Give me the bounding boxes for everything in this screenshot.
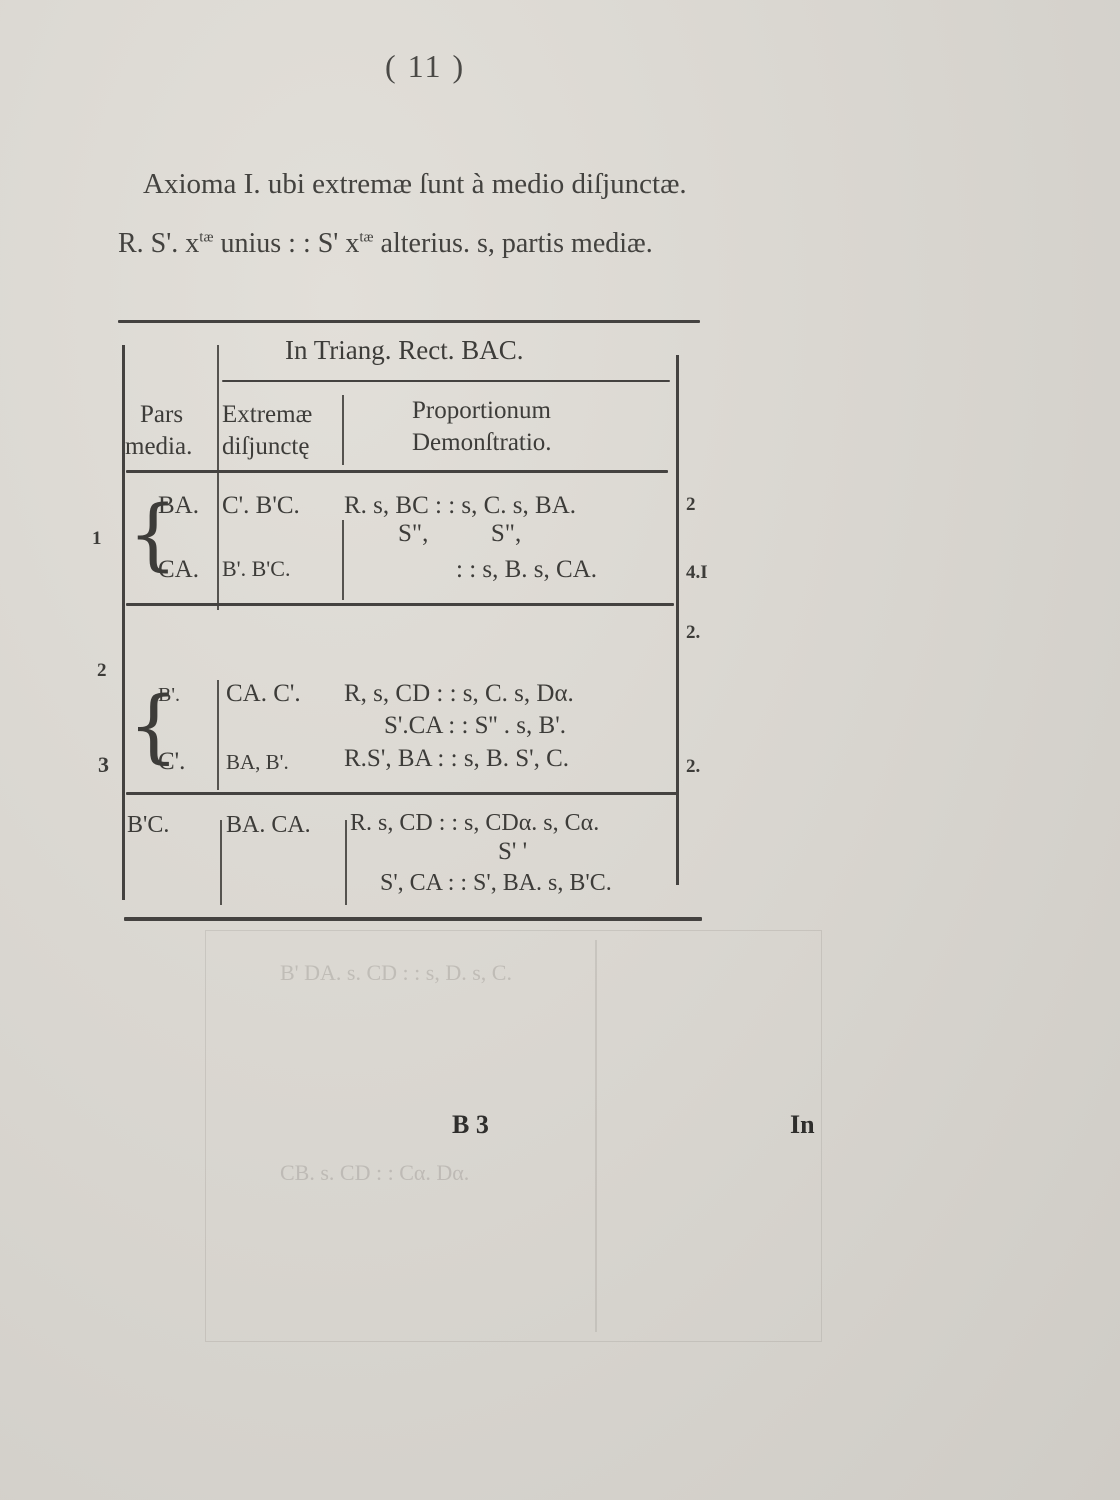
table-bottom-rule <box>124 917 702 921</box>
row1-demo-3: : : s, B. s, CA. <box>456 556 597 584</box>
row1-ref-2: 4.I <box>686 562 708 584</box>
title-rule <box>222 380 670 382</box>
rule-part: unius : : S' x <box>213 228 359 259</box>
bleed-through-text: B' DA. s. CD : : s, D. s, C. <box>280 960 512 986</box>
row2-margin-number-2: 3 <box>98 752 109 778</box>
catchword: In <box>790 1110 815 1140</box>
row2-extremae-1: CA. C'. <box>226 680 301 708</box>
row2-extremae-2: BA, B'. <box>226 750 289 775</box>
row3-demo-2: S' ' <box>498 838 527 866</box>
header-pars-media-1: Pars <box>140 400 183 430</box>
table-left-border <box>122 345 125 900</box>
row2-ref-bottom: 2. <box>686 756 700 778</box>
page-number: ( 11 ) <box>385 48 465 85</box>
axiom-heading: Axioma I. ubi extremæ ſunt à medio diſju… <box>143 168 687 201</box>
table-right-border <box>676 355 679 885</box>
col-divider-2c <box>345 820 347 905</box>
header-pars-media-2: media. <box>125 432 192 462</box>
rule-part: R. S'. x <box>118 228 199 259</box>
header-demonstratio-1: Proportionum <box>412 396 551 426</box>
row1-ref-1: 2 <box>686 494 696 516</box>
row2-pars-1: B'. <box>158 684 180 707</box>
col-divider-2b <box>342 520 344 600</box>
bleed-through-table <box>205 930 822 1342</box>
row2-demo-2: S'.CA : : S'' . s, B'. <box>384 712 566 740</box>
row3-pars: B'C. <box>127 812 169 839</box>
rule-part: alterius. s, partis mediæ. <box>374 228 653 259</box>
header-demonstratio-2: Demonſtratio. <box>412 428 552 458</box>
row2-pars-2: C'. <box>158 748 185 776</box>
row2-demo-3: R.S', BA : : s, B. S', C. <box>344 745 569 773</box>
row1-pars-2: CA. <box>158 556 199 584</box>
bleed-through-divider <box>595 940 597 1332</box>
row3-extremae: BA. CA. <box>226 812 311 839</box>
rule-superscript: tæ <box>359 230 373 246</box>
row1-pars-1: BA. <box>158 492 199 520</box>
table-title: In Triang. Rect. BAC. <box>285 335 524 365</box>
col-divider-2 <box>342 395 344 465</box>
row1-demo-2: S", S", <box>398 520 521 548</box>
row1-margin-number: 1 <box>92 528 102 550</box>
row3-demo-1: R. s, CD : : s, CDα. s, Cα. <box>350 810 599 837</box>
rule-superscript: tæ <box>199 230 213 246</box>
header-extremae-1: Extremæ <box>222 400 312 430</box>
row2-demo-1: R, s, CD : : s, C. s, Dα. <box>344 680 574 708</box>
table-top-rule <box>118 320 700 323</box>
col-divider-1 <box>217 345 219 610</box>
header-extremae-2: diſjunctę <box>222 432 309 462</box>
rule-statement: R. S'. xtæ unius : : S' xtæ alterius. s,… <box>118 228 653 260</box>
row1-extremae-2: B'. B'C. <box>222 556 290 582</box>
row1-extremae-1: C'. B'C. <box>222 492 300 520</box>
col-divider-1b <box>217 680 219 790</box>
row3-demo-3: S', CA : : S', BA. s, B'C. <box>380 870 612 897</box>
signature-mark: B 3 <box>452 1110 489 1140</box>
bleed-through-text: CB. s. CD : : Cα. Dα. <box>280 1160 469 1186</box>
row1-demo-1: R. s, BC : : s, C. s, BA. <box>344 492 576 520</box>
col-divider-1c <box>220 820 222 905</box>
row2-ref-top: 2. <box>686 622 700 644</box>
row2-margin-number: 2 <box>97 660 107 682</box>
row2-rule <box>126 792 678 795</box>
header-rule <box>126 470 668 473</box>
row1-rule <box>126 603 674 606</box>
